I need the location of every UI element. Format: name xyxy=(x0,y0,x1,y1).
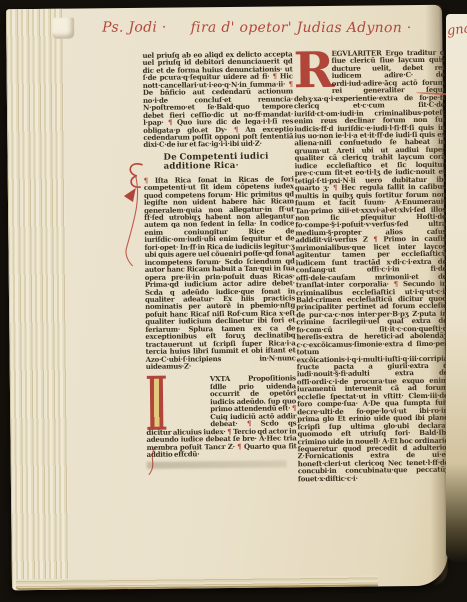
left-text-block-2: ¶ Iſta Rica ſonat in Ricas de fori compe… xyxy=(144,175,296,370)
page-edge-stack xyxy=(6,9,69,591)
initial-letter-I-glyph xyxy=(150,378,164,428)
page-edge-notch xyxy=(52,18,74,39)
running-header: Ps. Jodi ·fira d' opetor' Judias Adynon … xyxy=(102,20,382,36)
left-text-block-1: uel priuſq ab eo aliqd ex delicto accept… xyxy=(142,50,293,148)
section-heading-line2: additione Rica· xyxy=(164,162,294,173)
facing-page-annotation: gnail xyxy=(446,20,467,39)
show-through-text xyxy=(147,461,287,469)
running-header-right: fira d' opetor' Judias Adynon · xyxy=(191,20,412,36)
running-header-left: Ps. Jodi · xyxy=(102,20,167,36)
book-page: Ps. Jodi ·fira d' opetor' Judias Adynon … xyxy=(6,5,448,591)
initial-letter-I xyxy=(146,376,210,423)
page-bottom-edge xyxy=(16,575,378,590)
left-text-column: uel priuſq ab eo aliqd ex delicto accept… xyxy=(142,50,296,469)
left-text-block-3-wrap: VXTA Propoſitionis ſdlle prio uidenda oc… xyxy=(146,375,297,459)
photo-background: Ps. Jodi ·fira d' opetor' Judias Adynon … xyxy=(0,0,467,602)
initial-letter-R: R xyxy=(293,51,328,88)
facing-page-sliver: gnail xyxy=(446,14,467,562)
section-heading: De Competenti iudici additione Rica· xyxy=(163,152,293,172)
